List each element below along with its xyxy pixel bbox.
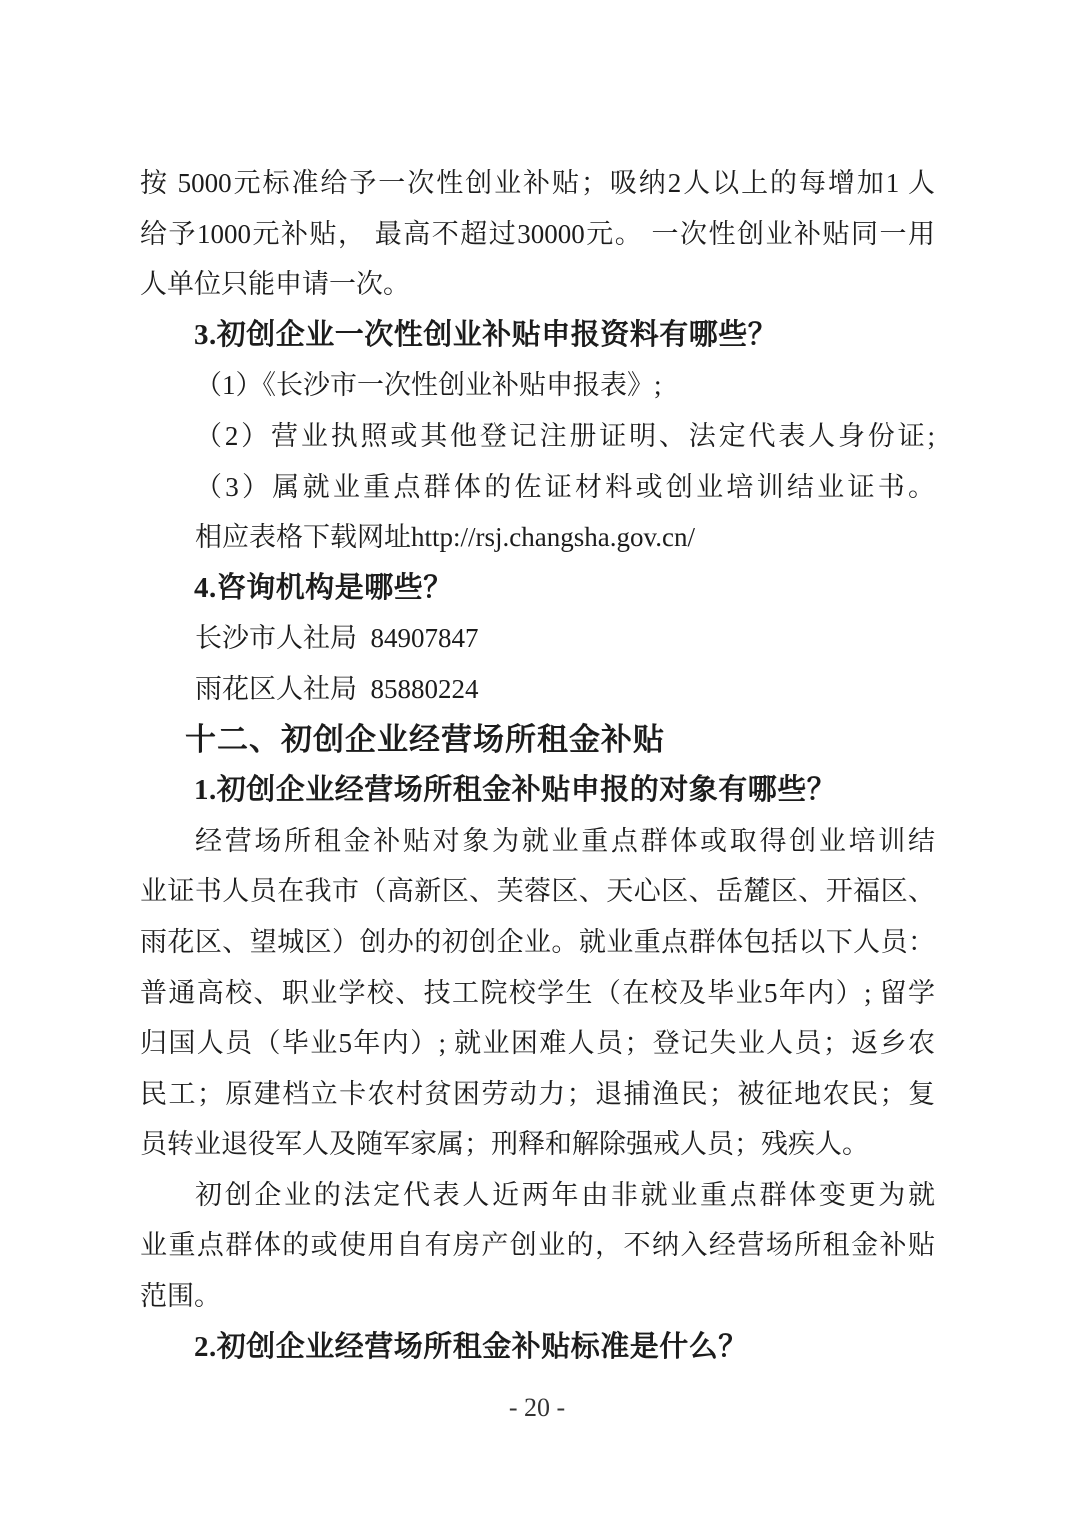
section-heading: 十二、初创企业经营场所租金补贴	[140, 715, 935, 766]
body-line: 民工；原建档立卡农村贫困劳动力；退捕渔民；被征地农民；复	[140, 1069, 935, 1120]
question-heading: 1.初创企业经营场所租金补贴申报的对象有哪些？	[140, 765, 935, 816]
question-heading: 4.咨询机构是哪些？	[140, 563, 935, 614]
body-line: 给予1000元补贴， 最高不超过30000元。 一次性创业补贴同一用	[140, 209, 935, 260]
body-line: 普通高校、职业学校、技工院校学生（在校及毕业5年内）; 留学	[140, 968, 935, 1019]
list-item-line: （2）营业执照或其他登记注册证明、法定代表人身份证;	[140, 411, 935, 462]
body-line: 业证书人员在我市（高新区、芙蓉区、天心区、岳麓区、开福区、	[140, 866, 935, 917]
body-line: 雨花区、望城区）创办的初创企业。就业重点群体包括以下人员：	[140, 917, 935, 968]
list-item-line: （3）属就业重点群体的佐证材料或创业培训结业证书。	[140, 462, 935, 513]
body-line: 经营场所租金补贴对象为就业重点群体或取得创业培训结	[140, 816, 935, 867]
page-number: - 20 -	[0, 1390, 1074, 1426]
question-heading: 3.初创企业一次性创业补贴申报资料有哪些？	[140, 310, 935, 361]
document-page: 按 5000元标准给予一次性创业补贴；吸纳2人以上的每增加1 人 给予1000元…	[0, 0, 1074, 1520]
body-line: 业重点群体的或使用自有房产创业的，不纳入经营场所租金补贴	[140, 1220, 935, 1271]
question-heading: 2.初创企业经营场所租金补贴标准是什么？	[140, 1322, 935, 1373]
url-line: 相应表格下载网址http://rsj.changsha.gov.cn/	[140, 512, 935, 563]
body-line: 归国人员（毕业5年内）; 就业困难人员；登记失业人员；返乡农	[140, 1018, 935, 1069]
body-line: 初创企业的法定代表人近两年由非就业重点群体变更为就	[140, 1170, 935, 1221]
body-line: 员转业退役军人及随军家属；刑释和解除强戒人员；残疾人。	[140, 1119, 935, 1170]
body-line: 人单位只能申请一次。	[140, 259, 935, 310]
list-item-line: （1）《长沙市一次性创业补贴申报表》;	[140, 360, 935, 411]
body-line: 范围。	[140, 1271, 935, 1322]
body-line: 按 5000元标准给予一次性创业补贴；吸纳2人以上的每增加1 人	[140, 158, 935, 209]
contact-line: 雨花区人社局 85880224	[140, 664, 935, 715]
contact-line: 长沙市人社局 84907847	[140, 613, 935, 664]
text-block: 按 5000元标准给予一次性创业补贴；吸纳2人以上的每增加1 人 给予1000元…	[140, 158, 935, 1372]
